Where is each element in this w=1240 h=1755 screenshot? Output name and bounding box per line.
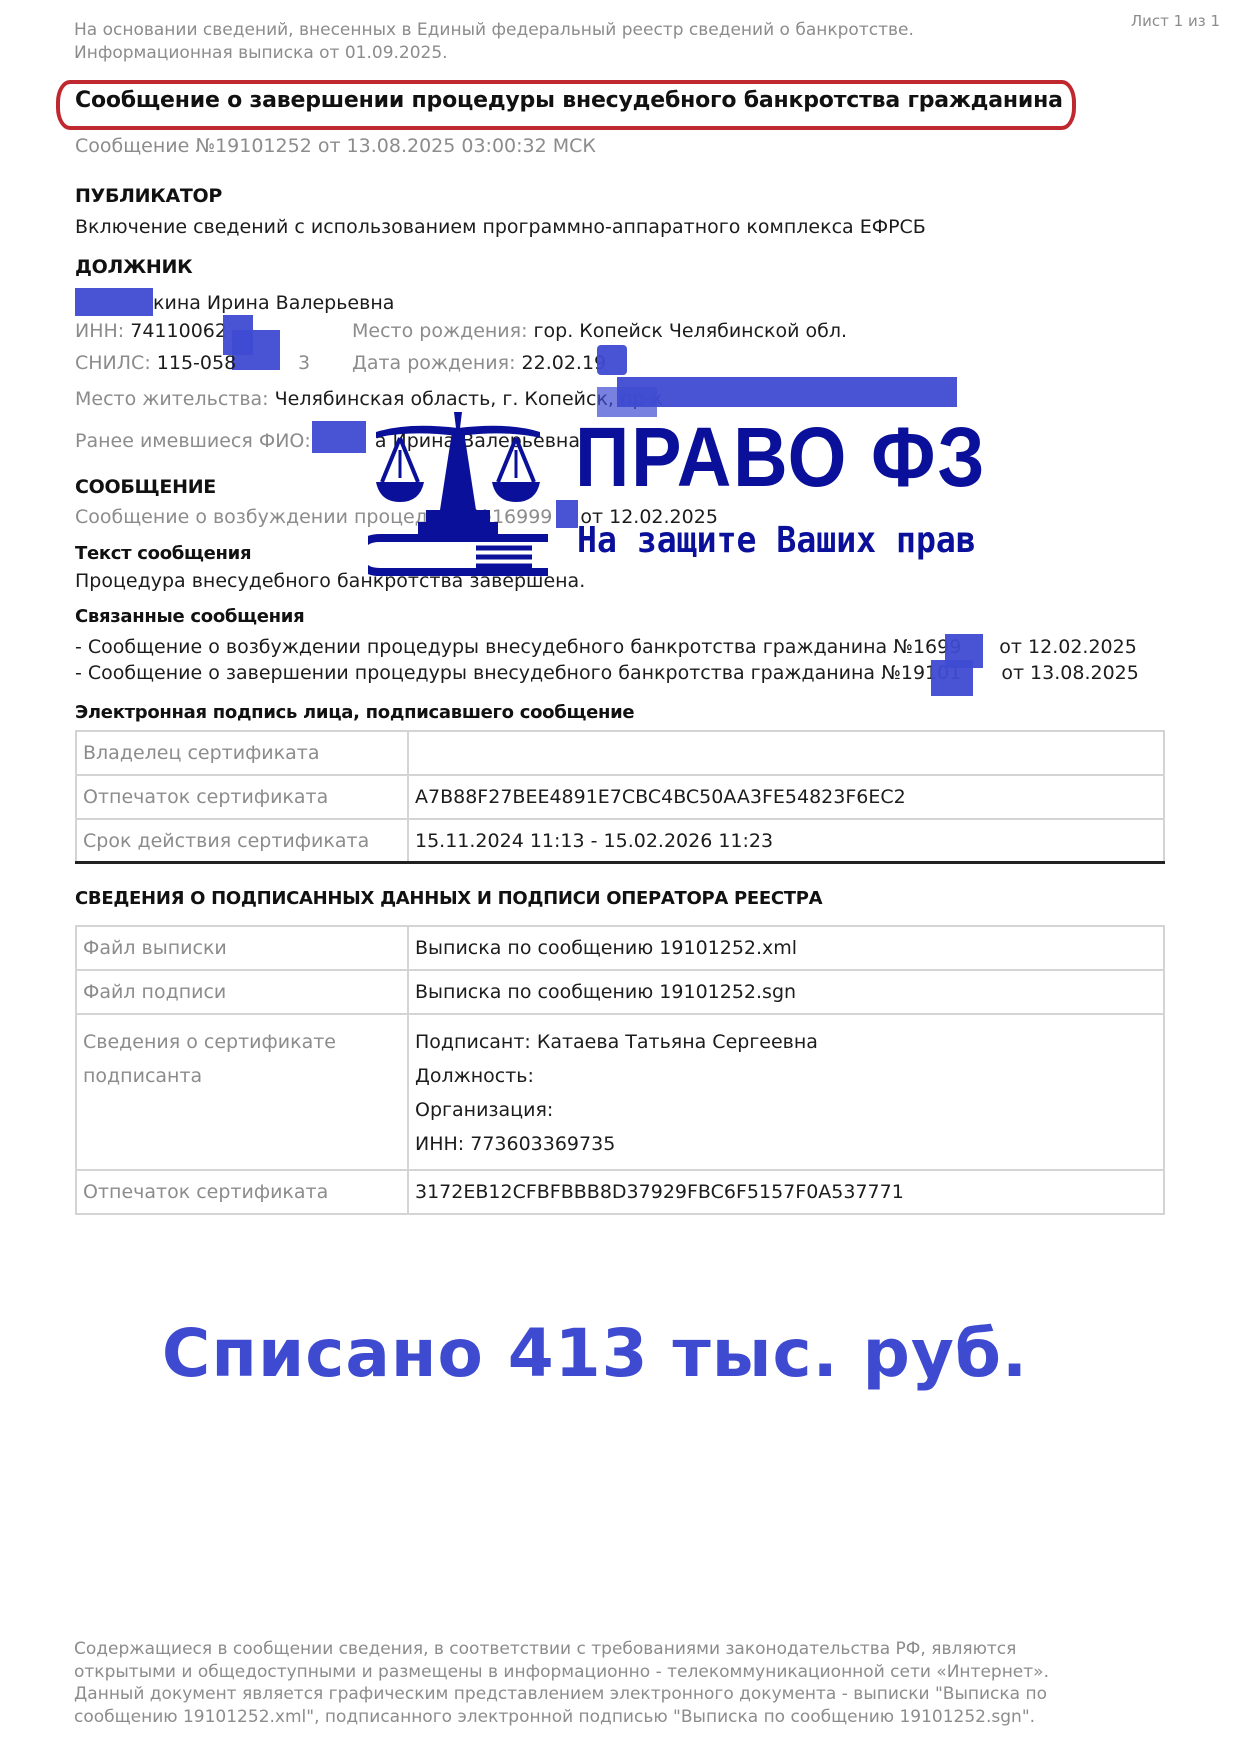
signer-organization: Организация: bbox=[415, 1093, 1157, 1127]
section-divider bbox=[75, 861, 1165, 864]
redaction-block bbox=[556, 500, 578, 528]
operator-heading: СВЕДЕНИЯ О ПОДПИСАННЫХ ДАННЫХ И ПОДПИСИ … bbox=[75, 888, 822, 909]
debtor-snils: СНИЛС: 115-058 bbox=[75, 352, 236, 374]
legal-footer: Содержащиеся в сообщении сведения, в соо… bbox=[74, 1638, 1134, 1728]
header-date-line: Информационная выписка от 01.09.2025. bbox=[74, 42, 914, 65]
redaction-block bbox=[597, 345, 627, 375]
message-text-heading: Текст сообщения bbox=[75, 543, 251, 564]
table-row: Файл выписки Выписка по сообщению 191012… bbox=[76, 926, 1164, 970]
footer-line: Содержащиеся в сообщении сведения, в соо… bbox=[74, 1638, 1134, 1661]
birthplace-value: гор. Копейск Челябинской обл. bbox=[534, 320, 848, 342]
debtor-residence: Место жительства: Челябинская область, г… bbox=[75, 388, 663, 410]
signature-table: Владелец сертификата Отпечаток сертифика… bbox=[75, 730, 1165, 864]
message-number: Сообщение №19101252 от 13.08.2025 03:00:… bbox=[75, 135, 596, 157]
signer-position: Должность: bbox=[415, 1059, 1157, 1093]
logo-subtitle: На защите Ваших прав bbox=[577, 520, 976, 561]
scales-on-book-icon bbox=[368, 410, 548, 580]
row-key: Владелец сертификата bbox=[76, 731, 408, 775]
signer-name: Подписант: Катаева Татьяна Сергеевна bbox=[415, 1025, 1157, 1059]
debtor-birthdate: Дата рождения: 22.02.19 bbox=[352, 352, 606, 374]
footer-line: сообщению 19101252.xml", подписанного эл… bbox=[74, 1706, 1134, 1729]
birthplace-label: Место рождения: bbox=[352, 320, 528, 342]
snils-value: 115-058 bbox=[157, 352, 236, 374]
table-row: Владелец сертификата bbox=[76, 731, 1164, 775]
table-row: Отпечаток сертификата 3172EB12CFBFBBB8D3… bbox=[76, 1170, 1164, 1214]
snils-tail: 3 bbox=[298, 352, 310, 374]
signer-inn: ИНН: 773603369735 bbox=[415, 1127, 1157, 1161]
redaction-block bbox=[232, 330, 280, 370]
inn-value: 74110062 bbox=[130, 320, 227, 342]
row-value: 3172EB12CFBFBBB8D37929FBC6F5157F0A537771 bbox=[408, 1170, 1164, 1214]
table-row: Файл подписи Выписка по сообщению 191012… bbox=[76, 970, 1164, 1014]
footer-line: Данный документ является графическим пре… bbox=[74, 1683, 1134, 1706]
redaction-block bbox=[75, 288, 153, 316]
related-message-title: - Сообщение о возбуждении процедуры внес… bbox=[75, 636, 961, 658]
publisher-text: Включение сведений с использованием прог… bbox=[75, 216, 926, 238]
page-title: Сообщение о завершении процедуры внесуде… bbox=[75, 88, 1063, 113]
related-message-title: - Сообщение о завершении процедуры внесу… bbox=[75, 662, 961, 684]
previous-names-label: Ранее имевшиеся ФИО: bbox=[75, 430, 311, 452]
table-row: Срок действия сертификата 15.11.2024 11:… bbox=[76, 819, 1164, 863]
debtor-heading: ДОЛЖНИК bbox=[75, 256, 192, 278]
row-value: Выписка по сообщению 19101252.xml bbox=[408, 926, 1164, 970]
header-source-line: На основании сведений, внесенных в Едины… bbox=[74, 19, 914, 42]
footer-line: открытыми и общедоступными и размещены в… bbox=[74, 1661, 1134, 1684]
redaction-block bbox=[931, 660, 973, 696]
inn-label: ИНН: bbox=[75, 320, 124, 342]
row-key: Сведения о сертификате подписанта bbox=[76, 1014, 408, 1170]
related-message-date: от 12.02.2025 bbox=[999, 636, 1137, 658]
birthdate-value: 22.02.19 bbox=[522, 352, 607, 374]
operator-table: Файл выписки Выписка по сообщению 191012… bbox=[75, 925, 1165, 1215]
row-key: Отпечаток сертификата bbox=[76, 775, 408, 819]
related-messages-heading: Связанные сообщения bbox=[75, 606, 304, 627]
row-value: 15.11.2024 11:13 - 15.02.2026 11:23 bbox=[408, 819, 1164, 863]
birthdate-label: Дата рождения: bbox=[352, 352, 515, 374]
snils-label: СНИЛС: bbox=[75, 352, 151, 374]
debtor-name: кина Ирина Валерьевна bbox=[75, 288, 394, 316]
debtor-name-text: кина Ирина Валерьевна bbox=[153, 292, 394, 314]
row-value: Выписка по сообщению 19101252.sgn bbox=[408, 970, 1164, 1014]
document-header: На основании сведений, внесенных в Едины… bbox=[74, 19, 914, 65]
row-value: Подписант: Катаева Татьяна Сергеевна Дол… bbox=[408, 1014, 1164, 1170]
publisher-heading: ПУБЛИКАТОР bbox=[75, 185, 222, 207]
row-value bbox=[408, 731, 1164, 775]
row-key: Файл подписи bbox=[76, 970, 408, 1014]
table-row: Сведения о сертификате подписанта Подпис… bbox=[76, 1014, 1164, 1170]
table-row: Отпечаток сертификата A7B88F27BEE4891E7C… bbox=[76, 775, 1164, 819]
debt-written-off-banner: Списано 413 тыс. руб. bbox=[0, 1315, 1190, 1392]
debtor-inn: ИНН: 74110062 bbox=[75, 320, 227, 342]
page-indicator: Лист 1 из 1 bbox=[1131, 12, 1220, 30]
redaction-block bbox=[617, 377, 957, 407]
message-heading: СООБЩЕНИЕ bbox=[75, 476, 216, 498]
residence-label: Место жительства: bbox=[75, 388, 269, 410]
redaction-block bbox=[312, 421, 366, 453]
row-key: Срок действия сертификата bbox=[76, 819, 408, 863]
row-key: Отпечаток сертификата bbox=[76, 1170, 408, 1214]
logo-title: ПРАВО ФЗ bbox=[575, 412, 987, 502]
row-value: A7B88F27BEE4891E7CBC4BC50AA3FE54823F6EC2 bbox=[408, 775, 1164, 819]
row-key: Файл выписки bbox=[76, 926, 408, 970]
related-message-date: от 13.08.2025 bbox=[1001, 662, 1139, 684]
signature-heading: Электронная подпись лица, подписавшего с… bbox=[75, 702, 634, 723]
debtor-birthplace: Место рождения: гор. Копейск Челябинской… bbox=[352, 320, 847, 342]
